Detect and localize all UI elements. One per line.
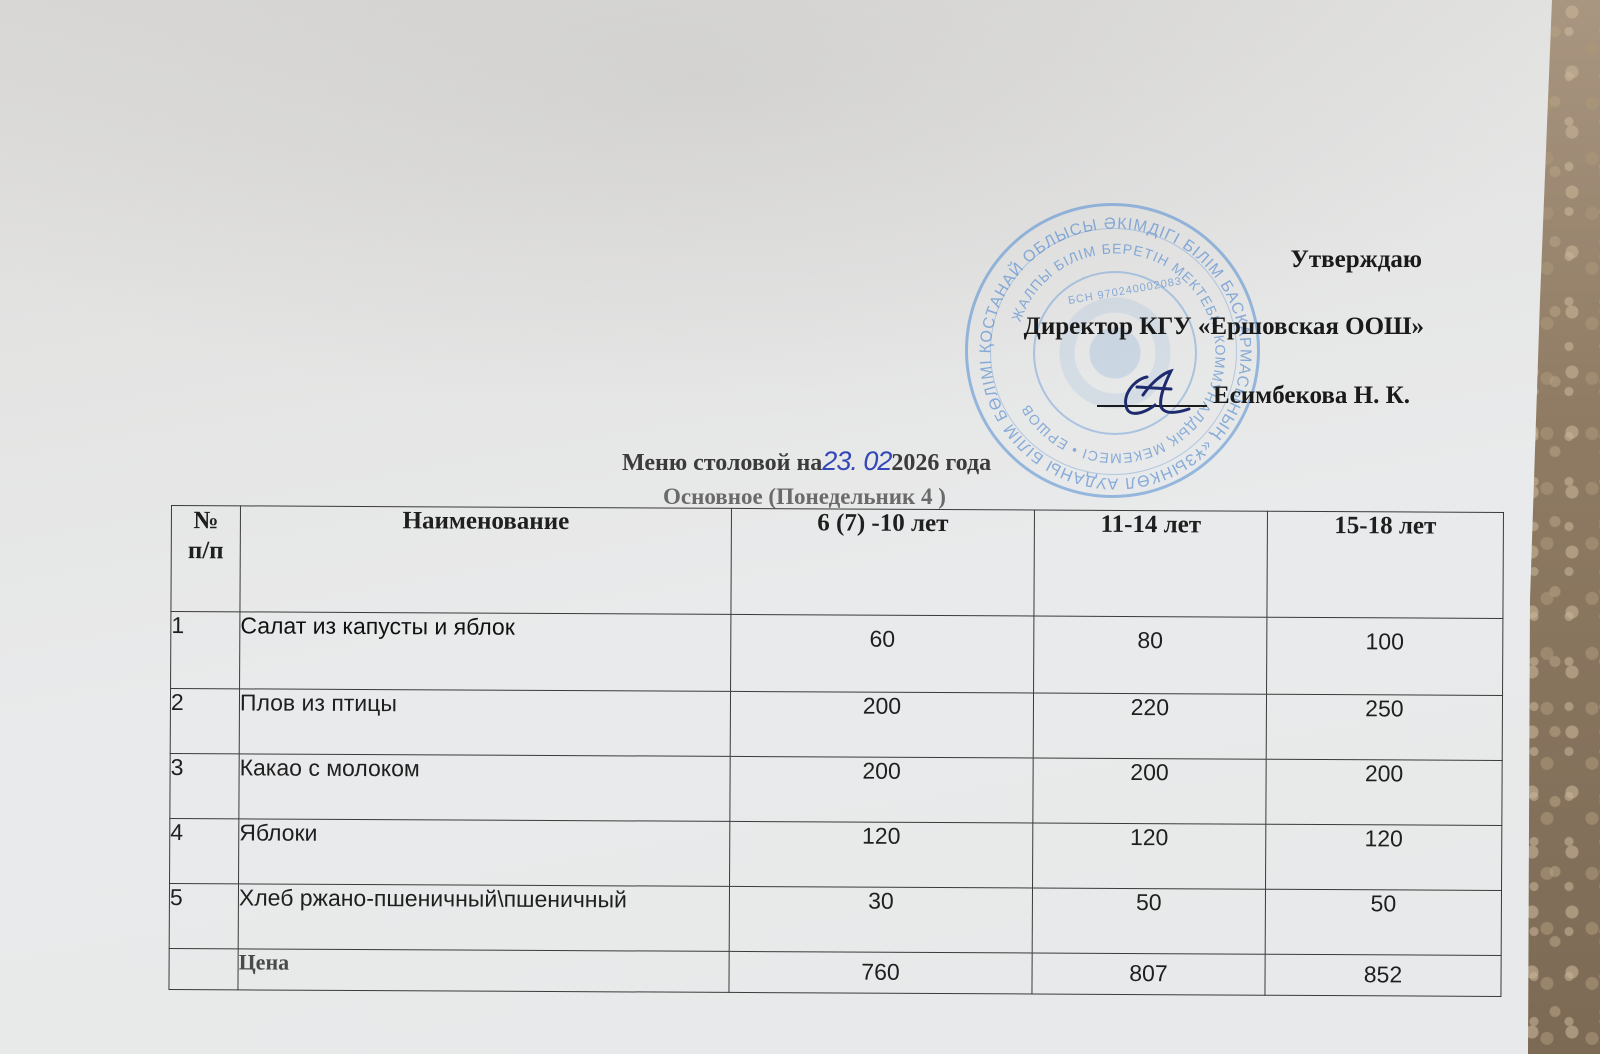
- portion-6-10: 60: [731, 614, 1034, 693]
- portion-11-14: 80: [1033, 616, 1266, 694]
- price-6-10: 760: [729, 951, 1032, 994]
- handwritten-date: 23. 02: [822, 446, 891, 476]
- header-number: №п/п: [171, 506, 241, 612]
- approver-name: Есимбекова Н. К.: [1213, 382, 1410, 409]
- stamp-inner-text: ЖАЛПЫ БІЛІМ БЕРЕТІН МЕКТЕБІ» КОММУНАЛДЫҚ…: [1008, 240, 1229, 466]
- portion-11-14: 200: [1033, 758, 1266, 824]
- handwritten-signature-icon: [1115, 365, 1195, 420]
- approval-label: Утверждаю: [1290, 246, 1422, 274]
- stamp-outer-text: ҚОСТАНАЙ ОБЛЫСЫ ӘКІМДІГІ БІЛІМ БАСҚАРМАС…: [968, 206, 1254, 492]
- menu-title: Меню столовой на23. 022026 года: [622, 446, 991, 477]
- header-age-6-10: 6 (7) -10 лет: [731, 508, 1034, 616]
- portion-11-14: 120: [1032, 823, 1265, 889]
- table-row: 1 Салат из капусты и яблок 60 80 100: [171, 612, 1503, 696]
- portion-15-18: 120: [1265, 824, 1501, 890]
- dish-name: Яблоки: [239, 819, 730, 887]
- price-15-18: 852: [1265, 954, 1501, 996]
- portion-11-14: 220: [1033, 693, 1266, 759]
- row-number: 4: [170, 818, 239, 883]
- portion-15-18: 100: [1266, 617, 1503, 695]
- header-age-11-14: 11-14 лет: [1034, 510, 1267, 617]
- price-label: Цена: [238, 949, 729, 993]
- table-row: 2 Плов из птицы 200 220 250: [170, 689, 1502, 761]
- table-row: 4 Яблоки 120 120 120: [170, 818, 1502, 890]
- menu-table: №п/п Наименование 6 (7) -10 лет 11-14 ле…: [168, 505, 1504, 997]
- approver-position: Директор КГУ «Ершовская ООШ»: [1024, 313, 1424, 341]
- row-number: 1: [171, 612, 240, 689]
- portion-15-18: 250: [1266, 694, 1502, 760]
- portion-6-10: 200: [730, 691, 1033, 758]
- table-row: 5 Хлеб ржано-пшеничный\пшеничный 30 50 5…: [169, 883, 1501, 955]
- portion-6-10: 30: [729, 886, 1032, 953]
- official-stamp: ҚОСТАНАЙ ОБЛЫСЫ ӘКІМДІГІ БІЛІМ БАСҚАРМАС…: [965, 203, 1260, 498]
- header-name: Наименование: [240, 506, 732, 615]
- portion-11-14: 50: [1032, 888, 1265, 954]
- row-number: 3: [170, 753, 239, 818]
- stamp-inner-ring: [990, 228, 1237, 475]
- menu-subtitle: Основное (Понедельник 4 ): [663, 484, 946, 510]
- stamp-text-ring: ҚОСТАНАЙ ОБЛЫСЫ ӘКІМДІГІ БІЛІМ БАСҚАРМАС…: [968, 206, 1263, 501]
- dish-name: Плов из птицы: [239, 689, 730, 757]
- dish-name: Хлеб ржано-пшеничный\пшеничный: [238, 884, 729, 952]
- price-row-number: [169, 948, 238, 989]
- dish-name: Салат из капусты и яблок: [240, 612, 731, 692]
- paper-sheet: ҚОСТАНАЙ ОБЛЫСЫ ӘКІМДІГІ БІЛІМ БАСҚАРМАС…: [0, 0, 1560, 1054]
- price-row: Цена 760 807 852: [169, 948, 1501, 996]
- row-number: 5: [169, 883, 238, 948]
- header-age-15-18: 15-18 лет: [1267, 511, 1504, 618]
- menu-title-prefix: Меню столовой на: [622, 450, 822, 476]
- price-11-14: 807: [1032, 953, 1265, 995]
- table-header-row: №п/п Наименование 6 (7) -10 лет 11-14 ле…: [171, 506, 1504, 619]
- table-row: 3 Какао с молоком 200 200 200: [170, 753, 1502, 825]
- dish-name: Какао с молоком: [239, 754, 730, 822]
- stamp-bin: БСН 970240002083: [1067, 275, 1183, 307]
- portion-6-10: 200: [730, 756, 1033, 823]
- portion-15-18: 50: [1265, 889, 1501, 955]
- menu-title-year: 2026 года: [891, 450, 991, 476]
- row-number: 2: [170, 689, 239, 754]
- portion-6-10: 120: [730, 821, 1033, 888]
- portion-15-18: 200: [1266, 759, 1502, 825]
